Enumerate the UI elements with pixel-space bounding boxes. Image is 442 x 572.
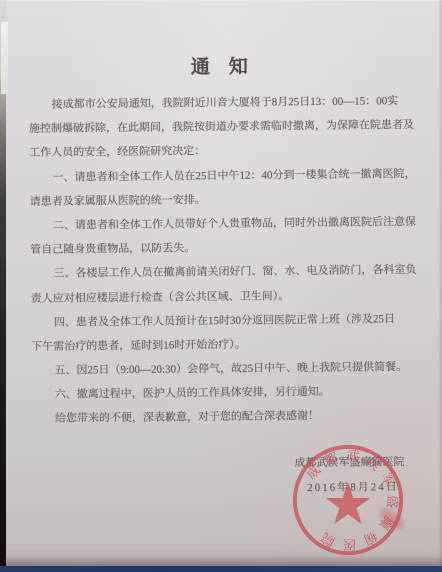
text-line: 五、因25日（9:00—20:30）会停气，故25日中午、晚上我院只提供简餐。 [31, 355, 415, 383]
official-seal-stamp: 成都武侯军盛癫痫医院 ★ [286, 438, 410, 562]
notice-body: 接成都市公安局通知，我院附近川音大厦将于8月25日13：00—15：00实 施控… [29, 89, 417, 432]
text-line: 四、患者及全体工作人员预计在15时30分返回医院正常上班（涉及25日 [31, 307, 415, 335]
text-line: 一、请患者和全体工作人员在25日中午12：40分到一楼集合统一撤离医院， [29, 162, 413, 190]
text-line: 给您带来的不便，深表歉意，对于您的配合深表感谢！ [32, 403, 416, 431]
text-line: 施控制爆破拆除，在此期间，我院按街道办要求需临时撤离，为保障在院患者及 [29, 113, 413, 141]
notice-photo: 通 知 接成都市公安局通知，我院附近川音大厦将于8月25日13：00—15：00… [0, 0, 442, 572]
red-star-icon: ★ [322, 470, 374, 538]
text-line: 三、各楼层工作人员在撤离前请关闭好门、窗、水、电及消防门，各科室负 [30, 258, 414, 286]
text-line: 二、请患者和全体工作人员带好个人贵重物品，同时外出撤离医院后注意保 [30, 210, 414, 238]
notice-title: 通 知 [0, 50, 440, 82]
